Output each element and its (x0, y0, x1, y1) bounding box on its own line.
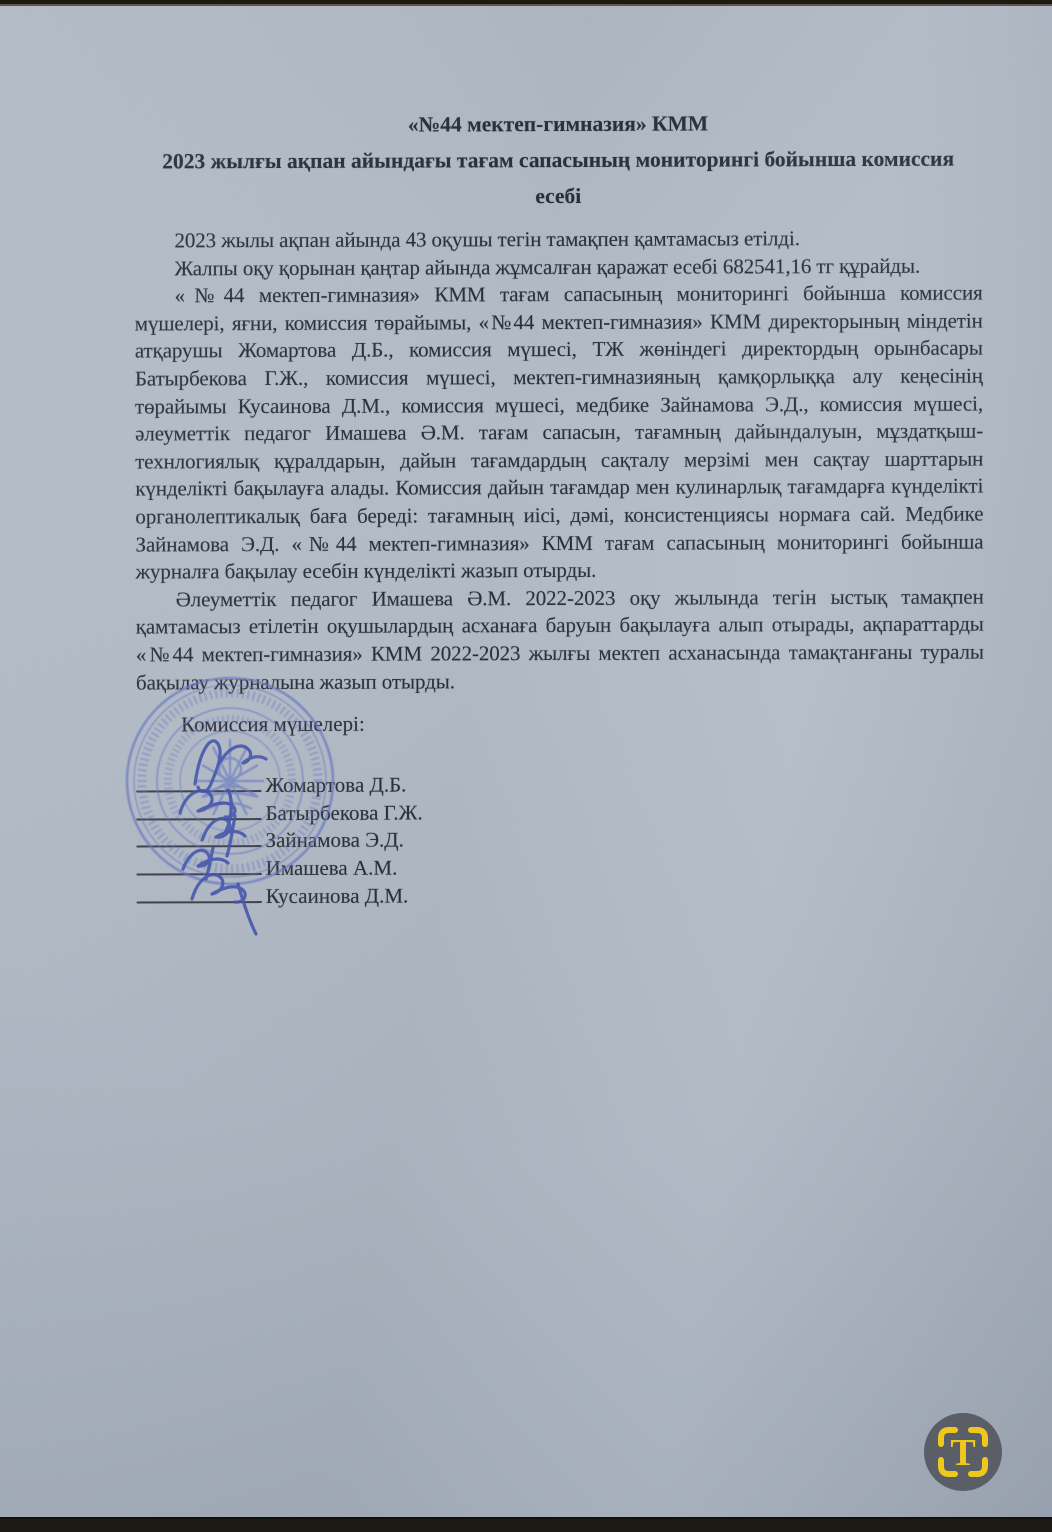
title-line-report: есебі (134, 177, 982, 216)
t-glyph: T (950, 1432, 975, 1474)
document-title: «№44 мектеп-гимназия» КММ 2023 жылғы ақп… (134, 105, 982, 216)
document-page: «№44 мектеп-гимназия» КММ 2023 жылғы ақп… (0, 6, 1052, 1517)
paragraph-1: 2023 жылы ақпан айында 43 оқушы тегін та… (134, 225, 982, 256)
title-line-org: «№44 мектеп-гимназия» КММ (134, 105, 982, 144)
paragraph-2: Жалпы оқу қорынан қаңтар айында жұмсалға… (134, 252, 982, 283)
text-scan-watermark-icon: T (924, 1413, 1002, 1491)
photo-background: «№44 мектеп-гимназия» КММ 2023 жылғы ақп… (0, 0, 1052, 1532)
paragraph-3: «№44 мектеп-гимназия» КММ тағам сапасыны… (135, 280, 984, 586)
title-line-subject: 2023 жылғы ақпан айындағы тағам сапасыны… (134, 141, 982, 180)
document-content: «№44 мектеп-гимназия» КММ 2023 жылғы ақп… (134, 105, 984, 697)
signatures-ink-icon (150, 706, 490, 946)
